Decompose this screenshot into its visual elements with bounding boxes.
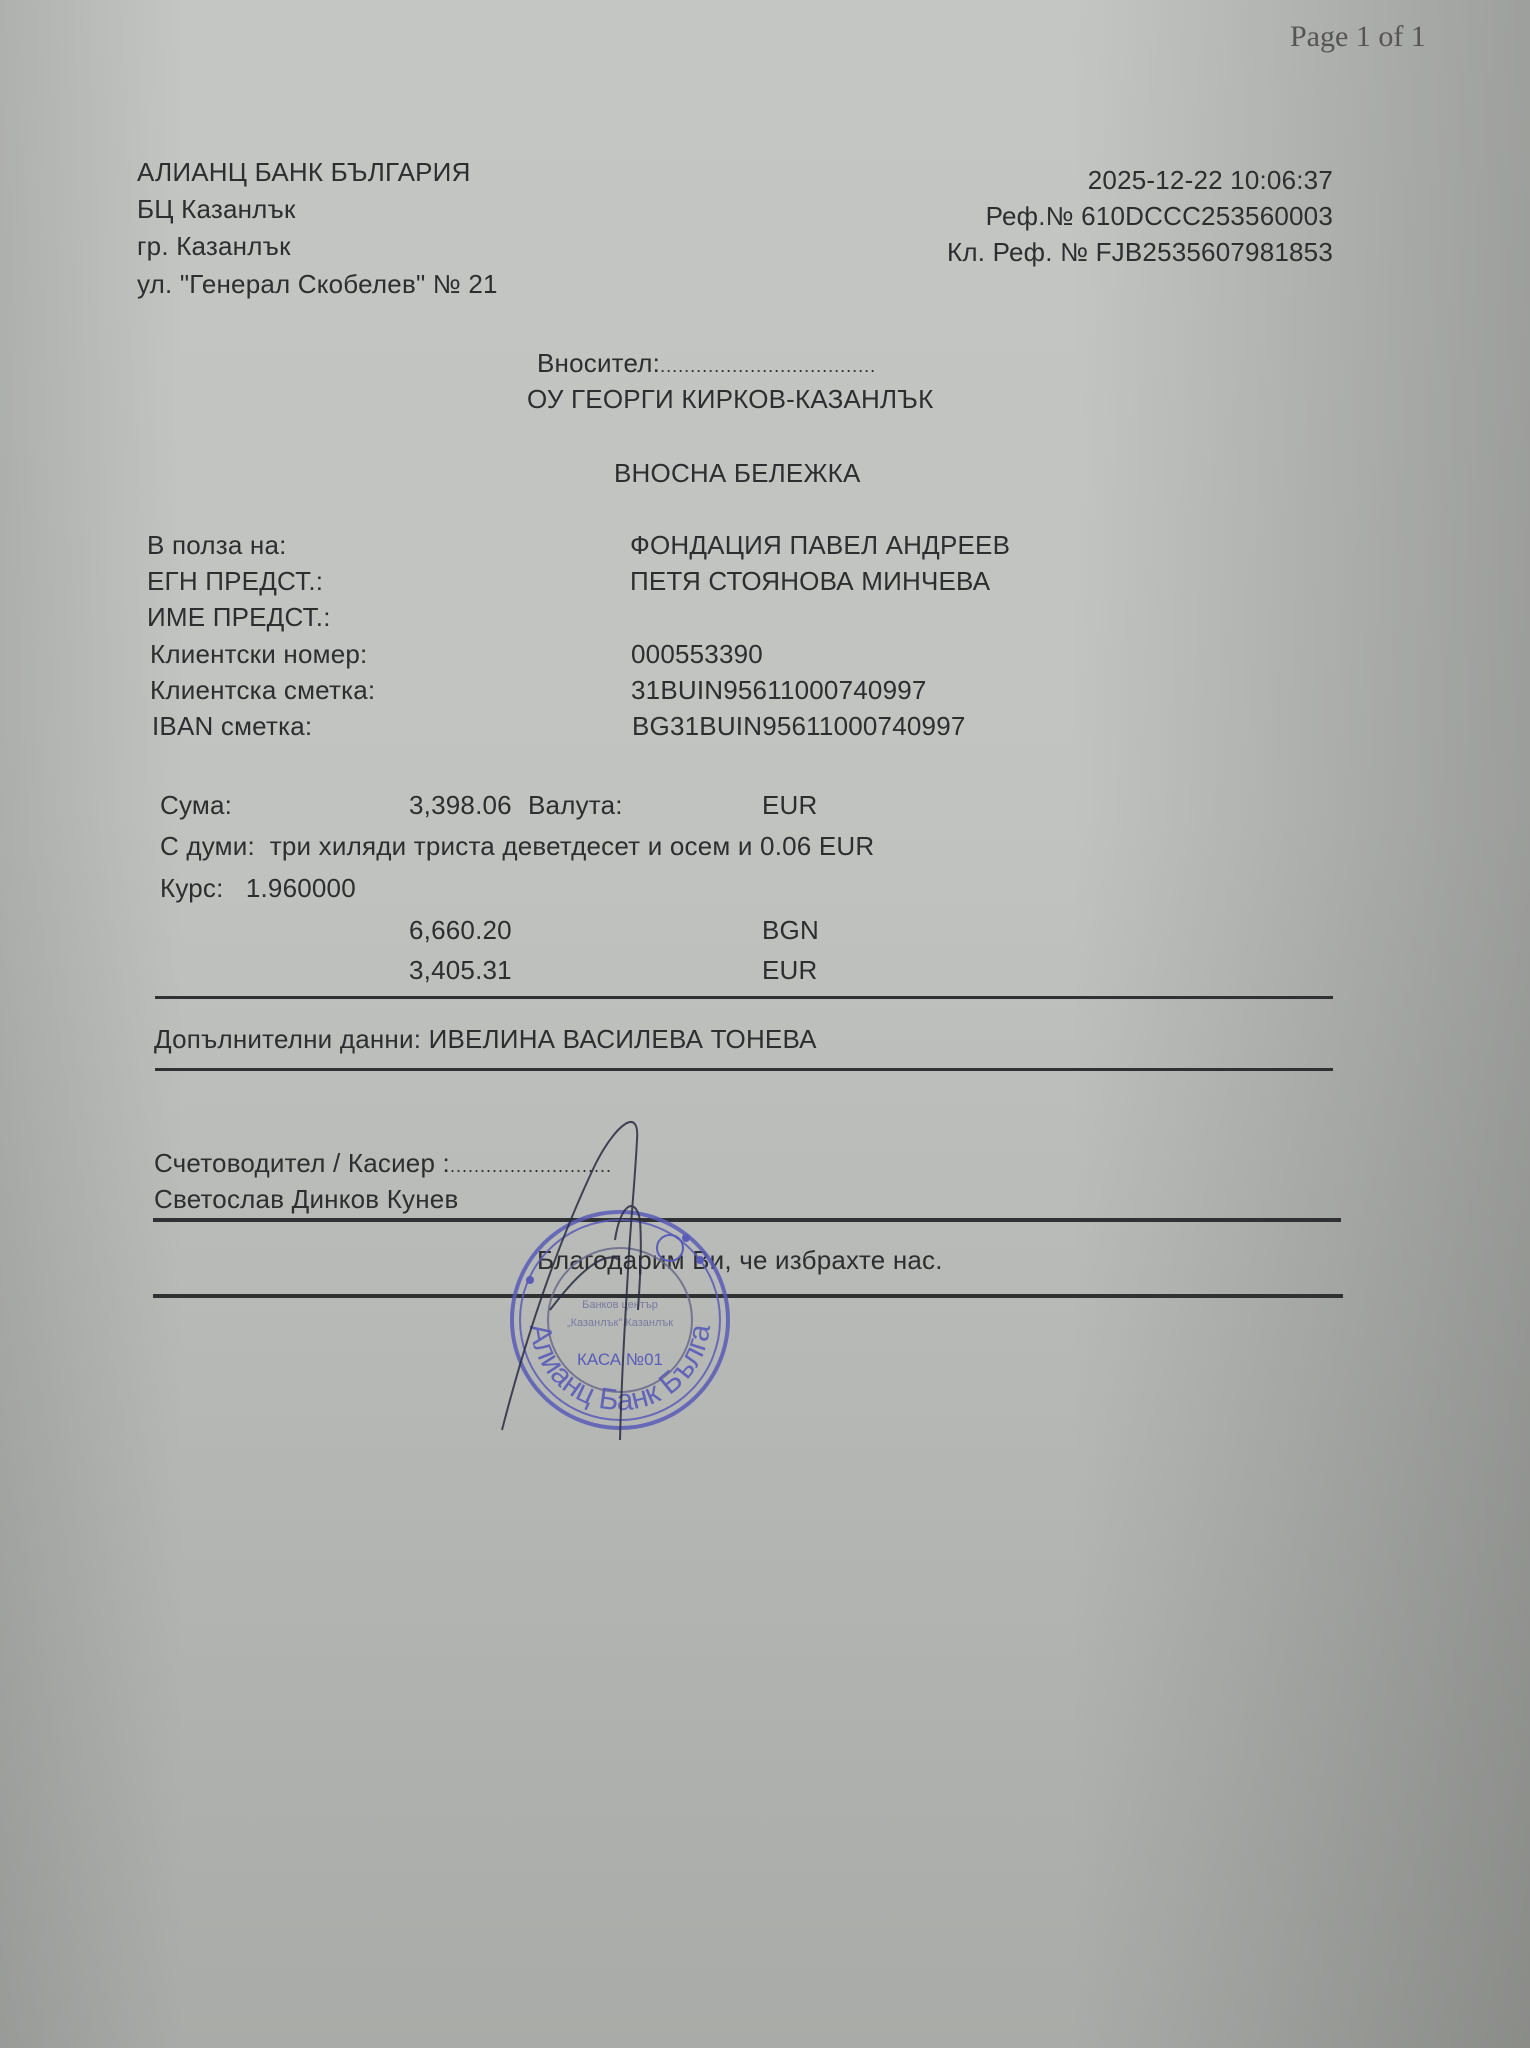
- field-label: Клиентска сметка:: [150, 675, 375, 706]
- additional-data: Допълнителни данни: ИВЕЛИНА ВАСИЛЕВА ТОН…: [154, 1024, 817, 1055]
- stamp-inner-bottom: КАСА №01: [577, 1350, 663, 1369]
- field-label: Клиентски номер:: [150, 639, 367, 670]
- stamp-dot: [682, 1234, 690, 1242]
- stamp-dot: [696, 1256, 704, 1264]
- amount-in-words: С думи: три хиляди триста деветдесет и о…: [160, 831, 874, 862]
- amount-label: Сума:: [160, 790, 232, 821]
- field-label: ИМЕ ПРЕДСТ.:: [147, 602, 331, 633]
- depositor-line: Вносител:...............................…: [537, 348, 876, 379]
- divider: [155, 1068, 1333, 1071]
- field-label: IBAN сметка:: [152, 711, 312, 742]
- converted-amount: 3,405.31: [409, 955, 512, 986]
- field-value: ПЕТЯ СТОЯНОВА МИНЧЕВА: [630, 566, 990, 597]
- currency-value: EUR: [762, 790, 818, 821]
- field-label: В полза на:: [147, 530, 287, 561]
- field-value: 31BUIN95611000740997: [631, 675, 927, 706]
- rate-label: Курс:: [160, 873, 224, 903]
- additional-label: Допълнителни данни:: [154, 1024, 421, 1054]
- reference-number: Реф.№ 610DCCC253560003: [986, 201, 1333, 232]
- field-label: ЕГН ПРЕДСТ.:: [147, 566, 323, 597]
- field-value: BG31BUIN95611000740997: [632, 711, 966, 742]
- converted-currency: BGN: [762, 915, 819, 946]
- page-indicator: Page 1 of 1: [1290, 20, 1426, 54]
- bank-branch: БЦ Казанлък: [137, 194, 296, 225]
- additional-value: ИВЕЛИНА ВАСИЛЕВА ТОНЕВА: [429, 1024, 817, 1054]
- cashier-label: Счетоводител / Касиер :: [154, 1148, 450, 1178]
- stamp-dot: [526, 1276, 534, 1284]
- converted-currency: EUR: [762, 955, 818, 986]
- converted-amount: 6,660.20: [409, 915, 512, 946]
- bank-name: АЛИАНЦ БАНК БЪЛГАРИЯ: [137, 157, 471, 188]
- stamp-inner-top: Банков център: [582, 1299, 658, 1311]
- cashier-name: Светослав Динков Кунев: [154, 1184, 458, 1215]
- bank-city: гр. Казанлък: [137, 231, 291, 262]
- stamp-emblem: [657, 1235, 683, 1261]
- currency-label: Валута:: [528, 790, 623, 821]
- rate-value: 1.960000: [246, 873, 356, 903]
- bank-address: ул. "Генерал Скобелев" № 21: [137, 269, 498, 300]
- datetime: 2025-12-22 10:06:37: [1088, 165, 1333, 196]
- field-value: ФОНДАЦИЯ ПАВЕЛ АНДРЕЕВ: [630, 530, 1010, 561]
- stamp-inner-mid: „Казанлък" Казанлък: [567, 1317, 673, 1329]
- words-value: три хиляди триста деветдесет и осем и 0.…: [270, 831, 875, 861]
- client-reference-number: Кл. Реф. № FJB2535607981853: [947, 237, 1333, 268]
- exchange-rate: Курс: 1.960000: [160, 873, 356, 904]
- depositor-name: ОУ ГЕОРГИ КИРКОВ-КАЗАНЛЪК: [527, 384, 933, 415]
- amount-value: 3,398.06: [409, 790, 512, 821]
- document-title: ВНОСНА БЕЛЕЖКА: [614, 458, 861, 489]
- field-value: 000553390: [631, 639, 763, 670]
- depositor-dots: ....................................: [660, 356, 876, 376]
- words-label: С думи:: [160, 831, 255, 861]
- bank-stamp: Алианц Банк България АД Банков център „К…: [490, 1110, 750, 1450]
- divider: [155, 996, 1333, 999]
- depositor-label: Вносител:: [537, 348, 660, 378]
